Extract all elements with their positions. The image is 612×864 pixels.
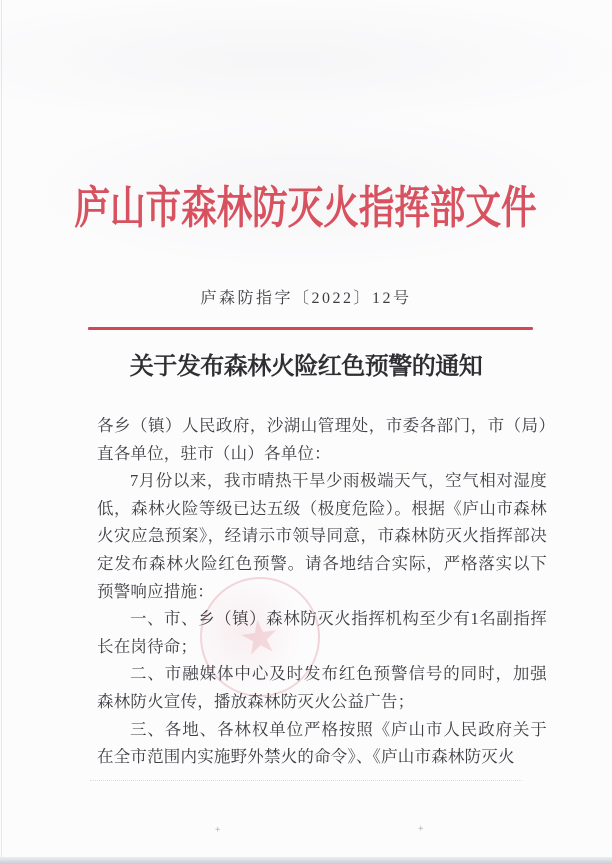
notice-body: 各乡（镇）人民政府，沙湖山管理处，市委各部门，市（局）直各单位，驻市（山）各单位… bbox=[97, 412, 547, 771]
body-paragraph-3: 二、市融媒体中心及时发布红色预警信号的同时，加强森林防火宣传，播放森林防灭火公益… bbox=[97, 660, 547, 715]
document-header: 庐山市森林防灭火指挥部文件 bbox=[0, 184, 612, 234]
underlying-page-edge bbox=[90, 780, 522, 781]
body-paragraph-4: 三、各地、各林权单位严格按照《庐山市人民政府关于在全市范围内实施野外禁火的命令》… bbox=[97, 716, 547, 771]
body-paragraph-1: 7月份以来，我市晴热干旱少雨极端天气，空气相对湿度低，森林火险等级已达五级（极度… bbox=[97, 467, 547, 605]
document-header-title: 庐山市森林防灭火指挥部文件 bbox=[75, 184, 537, 234]
crop-mark: + bbox=[215, 826, 220, 835]
scan-edge-line bbox=[1, 0, 2, 864]
crop-mark: + bbox=[418, 825, 423, 834]
page-bottom-edge-shadow bbox=[0, 857, 612, 864]
scanned-document-page: 庐山市森林防灭火指挥部文件 庐森防指字〔2022〕12号 关于发布森林火险红色预… bbox=[0, 0, 612, 864]
body-paragraph-2: 一、市、乡（镇）森林防灭火指挥机构至少有1名副指挥长在岗待命； bbox=[97, 605, 547, 660]
document-number: 庐森防指字〔2022〕12号 bbox=[0, 285, 612, 308]
salutation-line: 各乡（镇）人民政府，沙湖山管理处，市委各部门，市（局）直各单位，驻市（山）各单位… bbox=[97, 412, 547, 467]
red-divider-line bbox=[88, 327, 533, 330]
notice-title: 关于发布森林火险红色预警的通知 bbox=[0, 346, 612, 381]
